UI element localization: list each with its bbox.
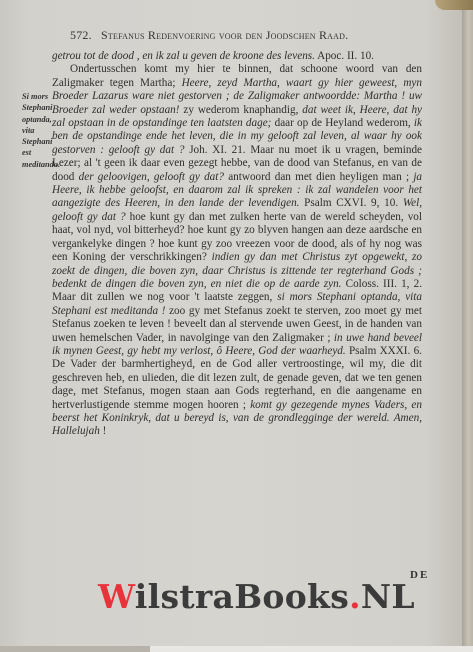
text-run: Psalm CXVI. 9, 10. xyxy=(299,197,402,209)
watermark-logo: WilstraBooks.NL xyxy=(98,577,415,616)
watermark-name: ilstraBooks xyxy=(135,577,349,616)
page-edge xyxy=(462,0,473,652)
text-run: antwoord dan met dien heyligen man ; xyxy=(224,171,413,183)
page-number: 572. xyxy=(70,28,92,42)
body-text: getrou tot de dood , en ik zal u geven d… xyxy=(52,50,422,439)
text-run: Apoc. II. 10. xyxy=(315,50,374,62)
running-title: Stefanus Redenvoering voor den Joodschen… xyxy=(101,28,348,42)
page-bottom-edge xyxy=(150,646,473,652)
italic-quote: getrou tot de dood , en ik zal u geven d… xyxy=(52,50,315,62)
watermark-dot: . xyxy=(349,577,361,616)
text-run: daar op de Heyland wederom, xyxy=(271,117,414,129)
watermark-suffix: NL xyxy=(361,577,415,616)
binding-corner xyxy=(435,0,473,10)
watermark-initial: W xyxy=(98,577,135,616)
paragraph: Ondertusschen komt my hier te binnen, da… xyxy=(52,63,422,438)
paragraph: getrou tot de dood , en ik zal u geven d… xyxy=(52,50,422,63)
running-header: 572. Stefanus Redenvoering voor den Jood… xyxy=(70,28,430,43)
text-run: ! xyxy=(100,425,107,437)
text-run: zy wederom knaphandig, xyxy=(180,104,303,116)
italic-quote: der geloovigen, gelooft gy dat? xyxy=(79,171,224,183)
